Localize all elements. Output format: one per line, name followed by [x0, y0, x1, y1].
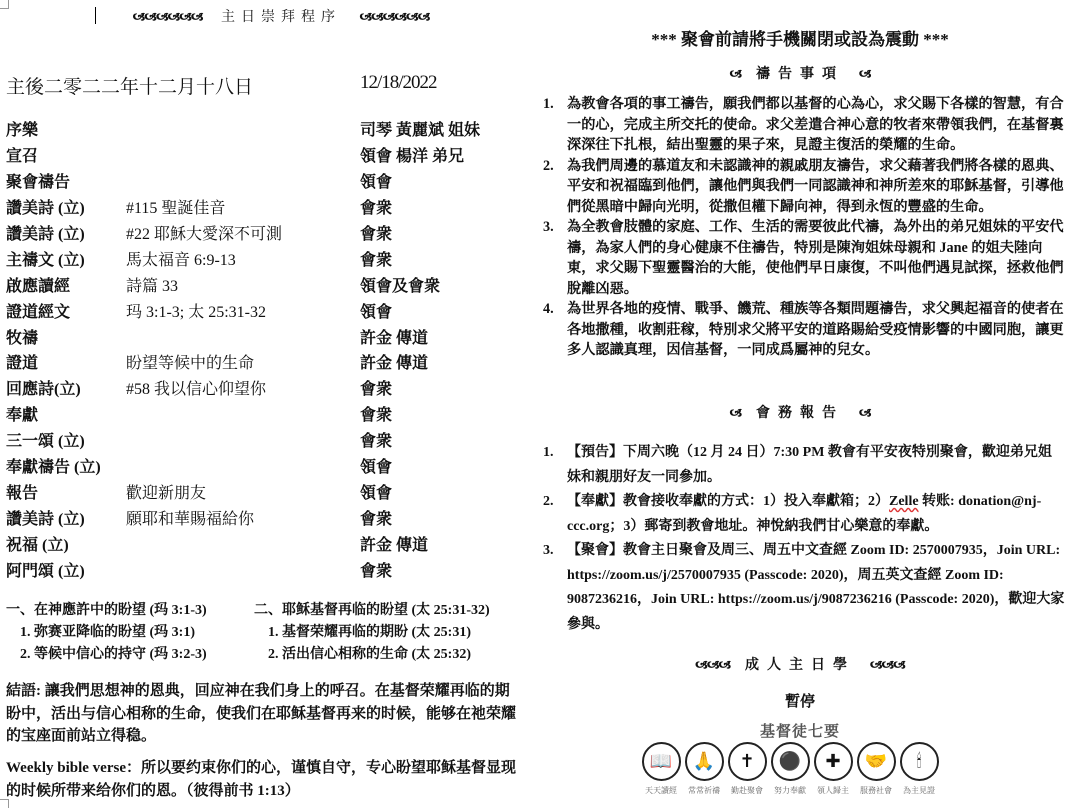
program-person: 會衆 [360, 195, 526, 218]
page-corner-mark [0, 0, 9, 9]
gathering-icon: ✝ [728, 742, 767, 781]
page-title: 主日崇拜程序 [221, 9, 341, 25]
candle-witness-icon: 🕯 [900, 742, 939, 781]
program-row: 聚會禱告領會 [6, 168, 526, 194]
outline-part-title: 二、耶稣基督再临的盼望 (太 25:31-32) [254, 600, 490, 622]
ornament-left: 🙦🙦🙦🙦🙦🙦 [133, 10, 203, 24]
outline-part-2: 二、耶稣基督再临的盼望 (太 25:31-32) 1. 基督荣耀再临的期盼 (太… [254, 600, 490, 666]
program-row: 證道經文玛 3:1-3; 太 25:31-32領會 [6, 297, 526, 323]
program-person: 會衆 [360, 221, 526, 244]
program-person: 許金 傳道 [360, 532, 526, 555]
date-chinese: 主後二零二二年十二月十八日 [6, 72, 253, 99]
prayer-icon: 🙏 [685, 742, 724, 781]
program-item: 報告 [6, 480, 126, 503]
program-item: 阿門頌 (立) [6, 558, 126, 581]
program-row: 啟應讀經詩篇 33領會及會衆 [6, 271, 526, 297]
program-item: 啟應讀經 [6, 273, 126, 296]
announcements-list: 1.【預告】下周六晚（12 月 24 日）7:30 PM 教會有平安夜特別聚會，… [540, 441, 1065, 637]
program-person: 領會 楊洋 弟兄 [360, 143, 526, 166]
program-person: 領會 [360, 454, 526, 477]
sunday-school-title: 成人主日學 [745, 657, 855, 673]
program-detail: 願耶和華賜福給你 [126, 506, 360, 529]
program-person: 會衆 [360, 558, 526, 581]
program-row: 讚美詩 (立)#22 耶穌大愛深不可測會衆 [6, 220, 526, 246]
outline-point: 1. 基督荣耀再临的期盼 (太 25:31) [254, 622, 490, 644]
program-row: 祝福 (立)許金 傳道 [6, 530, 526, 556]
prayer-item: 3.為全教會肢體的家庭、工作、生活的需要彼此代禱，為外出的弟兄姐妹的平安代禱，為… [540, 217, 1065, 299]
essential-item: 🤝服務社會 [855, 742, 897, 796]
ornament-right: 🙦 [859, 406, 871, 420]
prayer-item: 1.為教會各項的事工禱告，願我們都以基督的心為心，求父賜下各樣的智慧，有合一的心… [540, 94, 1065, 156]
prayer-title: 禱告事項 [756, 66, 844, 82]
program-person: 司琴 黃麗斌 姐妹 [360, 117, 526, 140]
essential-item: ✝勤赴聚會 [726, 742, 768, 796]
ornament-right: 🙦 [859, 67, 871, 81]
seven-essentials-title: 基督徒七要 [530, 720, 1070, 741]
program-detail: 馬太福音 6:9-13 [126, 247, 360, 270]
program-item: 奉獻 [6, 402, 126, 425]
service-icon: 🤝 [857, 742, 896, 781]
essential-item: 🙏常常祈禱 [683, 742, 725, 796]
announcements-section-header: 🙦 會務報告 🙦 [530, 402, 1070, 425]
program-table: 序樂司琴 黃麗斌 姐妹 宣召領會 楊洋 弟兄 聚會禱告領會 讚美詩 (立)#11… [6, 116, 526, 582]
program-detail: 盼望等候中的生命 [126, 350, 360, 373]
date-numeric: 12/18/2022 [360, 72, 437, 94]
program-person: 領會 [360, 480, 526, 503]
program-person: 領會及會衆 [360, 273, 526, 296]
program-item: 牧禱 [6, 325, 126, 348]
announcements-title: 會務報告 [756, 405, 844, 421]
outline-point: 2. 活出信心相称的生命 (太 25:32) [254, 644, 490, 666]
spellcheck-flagged-word[interactable]: Zelle [889, 494, 919, 509]
ornament-left: 🙦 [729, 67, 741, 81]
program-row: 證道盼望等候中的生命許金 傳道 [6, 349, 526, 375]
program-row: 回應詩(立)#58 我以信心仰望你會衆 [6, 375, 526, 401]
announcement-item: 3.【聚會】教會主日聚會及周三、周五中文查經 Zoom ID: 25700079… [540, 539, 1065, 637]
program-person: 會衆 [360, 247, 526, 270]
weekly-bible-verse: Weekly bible verse：所以要约束你们的心，谨慎自守，专心盼望耶稣… [6, 757, 521, 802]
program-person: 領會 [360, 299, 526, 322]
program-item: 讚美詩 (立) [6, 221, 126, 244]
program-detail: #115 聖誕佳音 [126, 195, 360, 218]
essential-item: ⚫努力奉獻 [769, 742, 811, 796]
sermon-conclusion: 結語: 讓我們思想神的恩典，回应神在我们身上的呼召。在基督荣耀再临的期盼中，活出… [6, 680, 521, 748]
program-detail: #22 耶穌大愛深不可測 [126, 221, 360, 244]
program-item: 奉獻禱告 (立) [6, 454, 126, 477]
program-row: 序樂司琴 黃麗斌 姐妹 [6, 116, 526, 142]
prayer-section-header: 🙦 禱告事項 🙦 [530, 63, 1070, 86]
program-detail: 玛 3:1-3; 太 25:31-32 [126, 299, 360, 322]
program-row: 讚美詩 (立)#115 聖誕佳音會衆 [6, 194, 526, 220]
ornament-left: 🙦🙦🙦 [695, 658, 730, 672]
program-item: 讚美詩 (立) [6, 195, 126, 218]
outline-point: 2. 等候中信心的持守 (玛 3:2-3) [6, 644, 207, 666]
page-corner-mark [0, 799, 9, 808]
announcement-item: 1.【預告】下周六晚（12 月 24 日）7:30 PM 教會有平安夜特別聚會，… [540, 441, 1065, 490]
program-row: 主禱文 (立)馬太福音 6:9-13會衆 [6, 245, 526, 271]
prayer-item: 4.為世界各地的疫情、戰爭、饑荒、種族等各類問題禱告，求父興起福音的使者在各地撒… [540, 299, 1065, 361]
essential-item: 🕯為主見證 [898, 742, 940, 796]
program-item: 證道經文 [6, 299, 126, 322]
ornament-right: 🙦🙦🙦 [870, 658, 905, 672]
program-item: 讚美詩 (立) [6, 506, 126, 529]
sunday-school-status: 暫停 [530, 690, 1070, 711]
offering-icon: ⚫ [771, 742, 810, 781]
sunday-school-header: 🙦🙦🙦 成人主日學 🙦🙦🙦 [530, 654, 1070, 677]
outline-part-title: 一、在神應許中的盼望 (玛 3:1-3) [6, 600, 207, 622]
phone-notice: *** 聚會前請將手機關閉或設為震動 *** [530, 25, 1070, 50]
evangelism-icon: ✚ [814, 742, 853, 781]
program-row: 讚美詩 (立)願耶和華賜福給你會衆 [6, 504, 526, 530]
prayer-item: 2.為我們周邊的慕道友和未認識神的親戚朋友禱告，求父藉著我們將各樣的恩典、平安和… [540, 156, 1065, 218]
program-person: 會衆 [360, 402, 526, 425]
program-item: 回應詩(立) [6, 376, 126, 399]
seven-essentials-graphic: 📖天天讀經 🙏常常祈禱 ✝勤赴聚會 ⚫努力奉獻 ✚領人歸主 🤝服務社會 🕯為主見… [640, 742, 940, 796]
program-person: 會衆 [360, 428, 526, 451]
program-person: 許金 傳道 [360, 325, 526, 348]
program-row: 阿門頌 (立)會衆 [6, 556, 526, 582]
program-row: 宣召領會 楊洋 弟兄 [6, 142, 526, 168]
outline-part-1: 一、在神應許中的盼望 (玛 3:1-3) 1. 弥赛亚降临的盼望 (玛 3:1)… [6, 600, 207, 666]
program-item: 宣召 [6, 143, 126, 166]
program-row: 三一頌 (立)會衆 [6, 427, 526, 453]
program-row: 牧禱許金 傳道 [6, 323, 526, 349]
program-item: 三一頌 (立) [6, 428, 126, 451]
program-detail: 詩篇 33 [126, 273, 360, 296]
program-row: 報告歡迎新朋友領會 [6, 478, 526, 504]
prayer-list: 1.為教會各項的事工禱告，願我們都以基督的心為心，求父賜下各樣的智慧，有合一的心… [540, 94, 1065, 361]
order-of-worship-header: 🙦🙦🙦🙦🙦🙦 主日崇拜程序 🙦🙦🙦🙦🙦🙦 [96, 6, 466, 29]
program-detail: 歡迎新朋友 [126, 480, 360, 503]
essential-item: 📖天天讀經 [640, 742, 682, 796]
program-person: 許金 傳道 [360, 350, 526, 373]
essential-item: ✚領人歸主 [812, 742, 854, 796]
program-item: 主禱文 (立) [6, 247, 126, 270]
bible-reading-icon: 📖 [642, 742, 681, 781]
program-detail: #58 我以信心仰望你 [126, 376, 360, 399]
ornament-right: 🙦🙦🙦🙦🙦🙦 [359, 10, 429, 24]
ornament-left: 🙦 [729, 406, 741, 420]
program-item: 祝福 (立) [6, 532, 126, 555]
program-person: 會衆 [360, 376, 526, 399]
program-item: 證道 [6, 350, 126, 373]
announcement-item: 2.【奉獻】教會接收奉獻的方式：1）投入奉獻箱；2）Zelle 转账: dona… [540, 490, 1065, 539]
program-row: 奉獻禱告 (立)領會 [6, 453, 526, 479]
program-item: 聚會禱告 [6, 169, 126, 192]
program-item: 序樂 [6, 117, 126, 140]
program-person: 會衆 [360, 506, 526, 529]
program-person: 領會 [360, 169, 526, 192]
program-row: 奉獻會衆 [6, 401, 526, 427]
outline-point: 1. 弥赛亚降临的盼望 (玛 3:1) [6, 622, 207, 644]
